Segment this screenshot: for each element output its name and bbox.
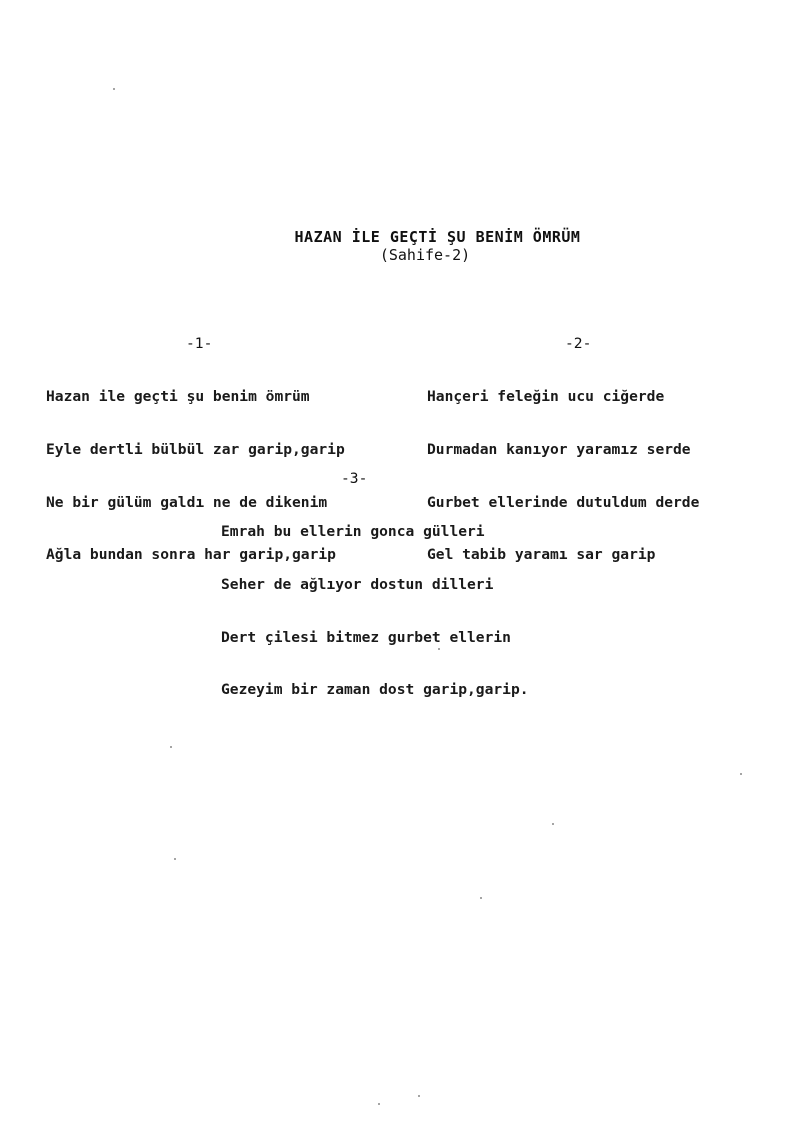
scan-speck <box>438 648 440 650</box>
stanza-line: Gezeyim bir zaman dost garip,garip. <box>221 681 529 699</box>
poem-title: HAZAN İLE GEÇTİ ŞU BENİM ÖMRÜM <box>0 228 800 246</box>
stanza-number: -2- <box>427 335 699 353</box>
scan-speck <box>740 773 742 775</box>
scan-speck <box>552 823 554 825</box>
stanza-line: Hançeri feleğin ucu ciğerde <box>427 388 699 406</box>
stanza-number: -3- <box>221 470 529 488</box>
typewritten-page: HAZAN İLE GEÇTİ ŞU BENİM ÖMRÜM (Sahife-2… <box>0 0 800 1142</box>
scan-speck <box>174 858 176 860</box>
page-subtitle: (Sahife-2) <box>0 246 800 264</box>
stanza-line: Seher de ağlıyor dostun dilleri <box>221 576 529 594</box>
stanza-3: -3- Emrah bu ellerin gonca gülleri Seher… <box>221 435 529 734</box>
scan-speck <box>378 1103 380 1105</box>
scan-speck <box>170 746 172 748</box>
stanza-line: Dert çilesi bitmez gurbet ellerin <box>221 629 529 647</box>
stanza-number: -1- <box>46 335 345 353</box>
scan-speck <box>418 1095 420 1097</box>
stanza-line: Hazan ile geçti şu benim ömrüm <box>46 388 345 406</box>
stanza-line: Emrah bu ellerin gonca gülleri <box>221 523 529 541</box>
scan-speck <box>480 897 482 899</box>
scan-speck <box>113 88 115 90</box>
